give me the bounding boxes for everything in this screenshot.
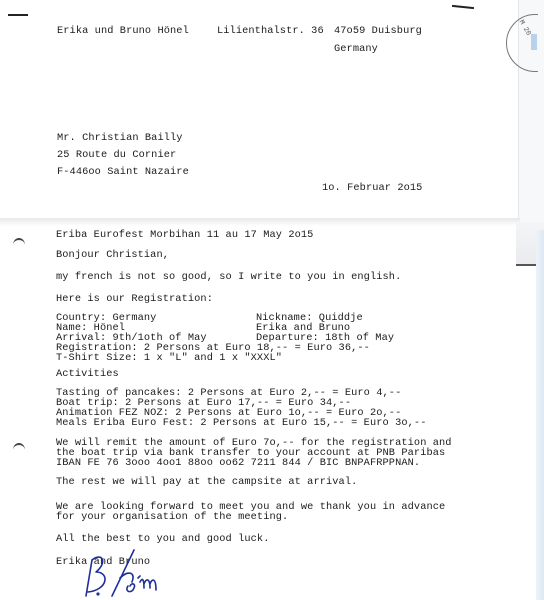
recipient-name: Mr. Christian Bailly (57, 132, 183, 144)
registration-heading: Here is our Registration: (56, 293, 213, 305)
stamp-fragment (531, 34, 537, 50)
letter-date: 1o. Februar 2o15 (322, 182, 422, 194)
registration-tshirt: T-Shirt Size: 1 x "L" and 1 x "XXXL" (56, 353, 282, 363)
activities-heading: Activities (56, 368, 119, 380)
closing-wish: All the best to you and good luck. (56, 533, 270, 545)
payment-iban-line: IBAN FE 76 3ooo 4oo1 88oo oo62 7211 844 … (56, 458, 420, 468)
recipient-city: F-446oo Saint Nazaire (57, 166, 189, 178)
fold-shadow (0, 218, 520, 226)
activity-item: Meals Eriba Euro Fest: 2 Persons at Euro… (56, 418, 426, 428)
sender-city: 47o59 Duisburg (334, 25, 422, 37)
sender-country: Germany (334, 43, 378, 55)
sender-names: Erika und Bruno Hönel (57, 25, 189, 37)
rest-note: The rest we will pay at the campsite at … (56, 476, 357, 488)
intro-text: my french is not so good, so I write to … (56, 271, 401, 283)
subject-line: Eriba Eurofest Morbihan 11 au 17 May 2o1… (56, 229, 313, 241)
handwritten-signature (76, 548, 196, 600)
punch-hole-mark (13, 443, 25, 457)
punch-hole-mark (13, 238, 25, 252)
fold-mark (8, 14, 28, 16)
scan-edge (536, 230, 544, 600)
recipient-street: 25 Route du Cornier (57, 149, 176, 161)
sender-street: Lilienthalstr. 36 (217, 25, 324, 37)
closing-line: for your organisation of the meeting. (56, 512, 288, 522)
salutation: Bonjour Christian, (56, 249, 169, 261)
